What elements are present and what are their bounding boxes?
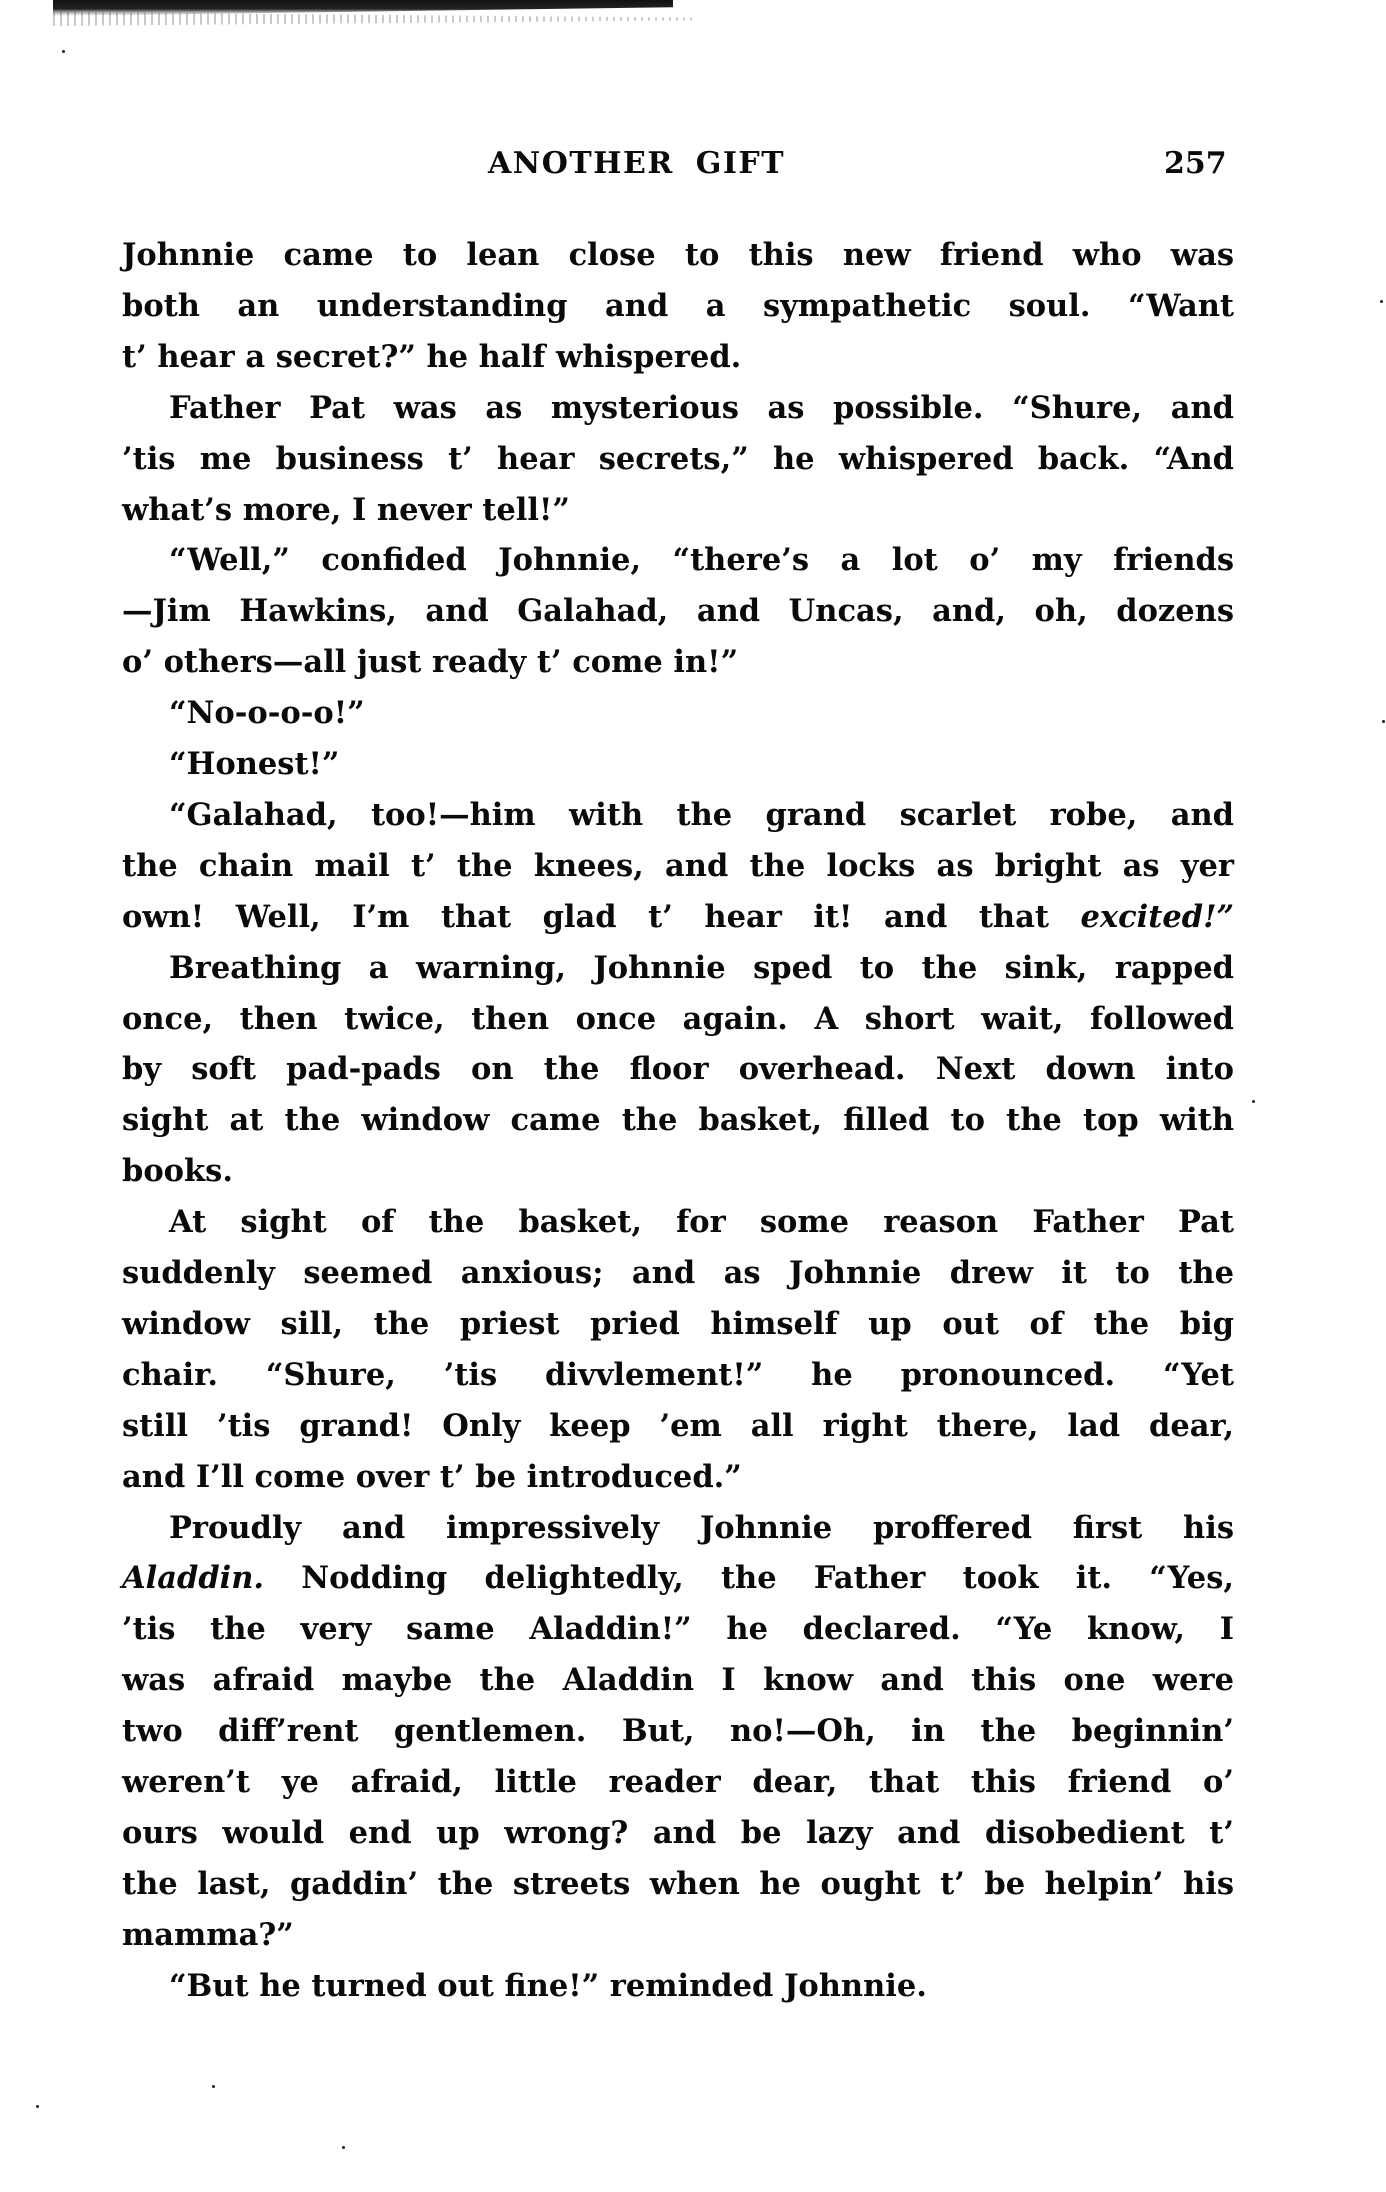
text-line: was afraid maybe the Aladdin I know and … (122, 1657, 1234, 1707)
text-line: two diff’rent gentlemen. But, no!—Oh, in… (122, 1708, 1234, 1758)
text-line: sight at the window came the basket, fil… (122, 1097, 1234, 1147)
text-line: Father Pat was as mysterious as possible… (169, 385, 1234, 435)
text-line: ’tis me business t’ hear secrets,” he wh… (122, 436, 1234, 486)
text-line: window sill, the priest pried himself up… (122, 1301, 1234, 1351)
print-speck (212, 2085, 215, 2088)
text-line: o’ others—all just ready t’ come in!” (122, 639, 1234, 689)
text-line: At sight of the basket, for some reason … (169, 1199, 1234, 1249)
text-line: by soft pad-pads on the floor overhead. … (122, 1046, 1234, 1096)
print-speck (62, 50, 65, 53)
text-line: own! Well, I’m that glad t’ hear it! and… (122, 894, 1234, 944)
italic-text: Aladdin. (122, 1560, 264, 1596)
text-line: Johnnie came to lean close to this new f… (122, 232, 1234, 282)
page-number: 257 (1164, 146, 1227, 181)
print-speck (36, 2105, 39, 2108)
text-line: ’tis the very same Aladdin!” he declared… (122, 1606, 1234, 1656)
text-line: the chain mail t’ the knees, and the loc… (122, 843, 1234, 893)
text-line: weren’t ye afraid, little reader dear, t… (122, 1759, 1234, 1809)
text-line: “But he turned out fine!” reminded Johnn… (169, 1963, 1234, 2013)
text-line: still ’tis grand! Only keep ’em all righ… (122, 1403, 1234, 1453)
text-line: and I’ll come over t’ be introduced.” (122, 1454, 1234, 1504)
text-line: mamma?” (122, 1912, 1234, 1962)
text-line: “Galahad, too!—him with the grand scarle… (169, 792, 1234, 842)
text-line: ours would end up wrong? and be lazy and… (122, 1810, 1234, 1860)
text-line: Breathing a warning, Johnnie sped to the… (169, 945, 1234, 995)
text-line: “No-o-o-o!” (169, 690, 1234, 740)
text-line: —Jim Hawkins, and Galahad, and Uncas, an… (122, 588, 1234, 638)
text-line: both an understanding and a sympathetic … (122, 283, 1234, 333)
text-line: the last, gaddin’ the streets when he ou… (122, 1861, 1234, 1911)
text-line: once, then twice, then once again. A sho… (122, 996, 1234, 1046)
running-head: ANOTHER GIFT 257 (0, 146, 1386, 190)
italic-text: excited!” (1081, 899, 1235, 935)
running-title: ANOTHER GIFT (488, 146, 785, 181)
text-line: “Honest!” (169, 741, 1234, 791)
text-line: books. (122, 1148, 1234, 1198)
text-line: t’ hear a secret?” he half whispered. (122, 334, 1234, 384)
line-text: own! Well, I’m that glad t’ hear it! and… (122, 899, 1081, 935)
text-line: chair. “Shure, ’tis divvlement!” he pron… (122, 1352, 1234, 1402)
print-speck (1252, 1100, 1255, 1103)
text-line: suddenly seemed anxious; and as Johnnie … (122, 1250, 1234, 1300)
print-speck (1380, 300, 1383, 303)
book-page: ANOTHER GIFT 257 Johnnie came to lean cl… (0, 0, 1386, 2192)
text-line: Proudly and impressively Johnnie proffer… (169, 1505, 1234, 1555)
text-line: what’s more, I never tell!” (122, 487, 1234, 537)
text-line: Aladdin. Nodding delightedly, the Father… (122, 1555, 1234, 1605)
text-line: “Well,” confided Johnnie, “there’s a lot… (169, 537, 1234, 587)
print-speck (342, 2146, 345, 2149)
line-text: Nodding delightedly, the Father took it.… (264, 1560, 1234, 1596)
scanner-noise (53, 12, 693, 26)
print-speck (1382, 720, 1385, 723)
